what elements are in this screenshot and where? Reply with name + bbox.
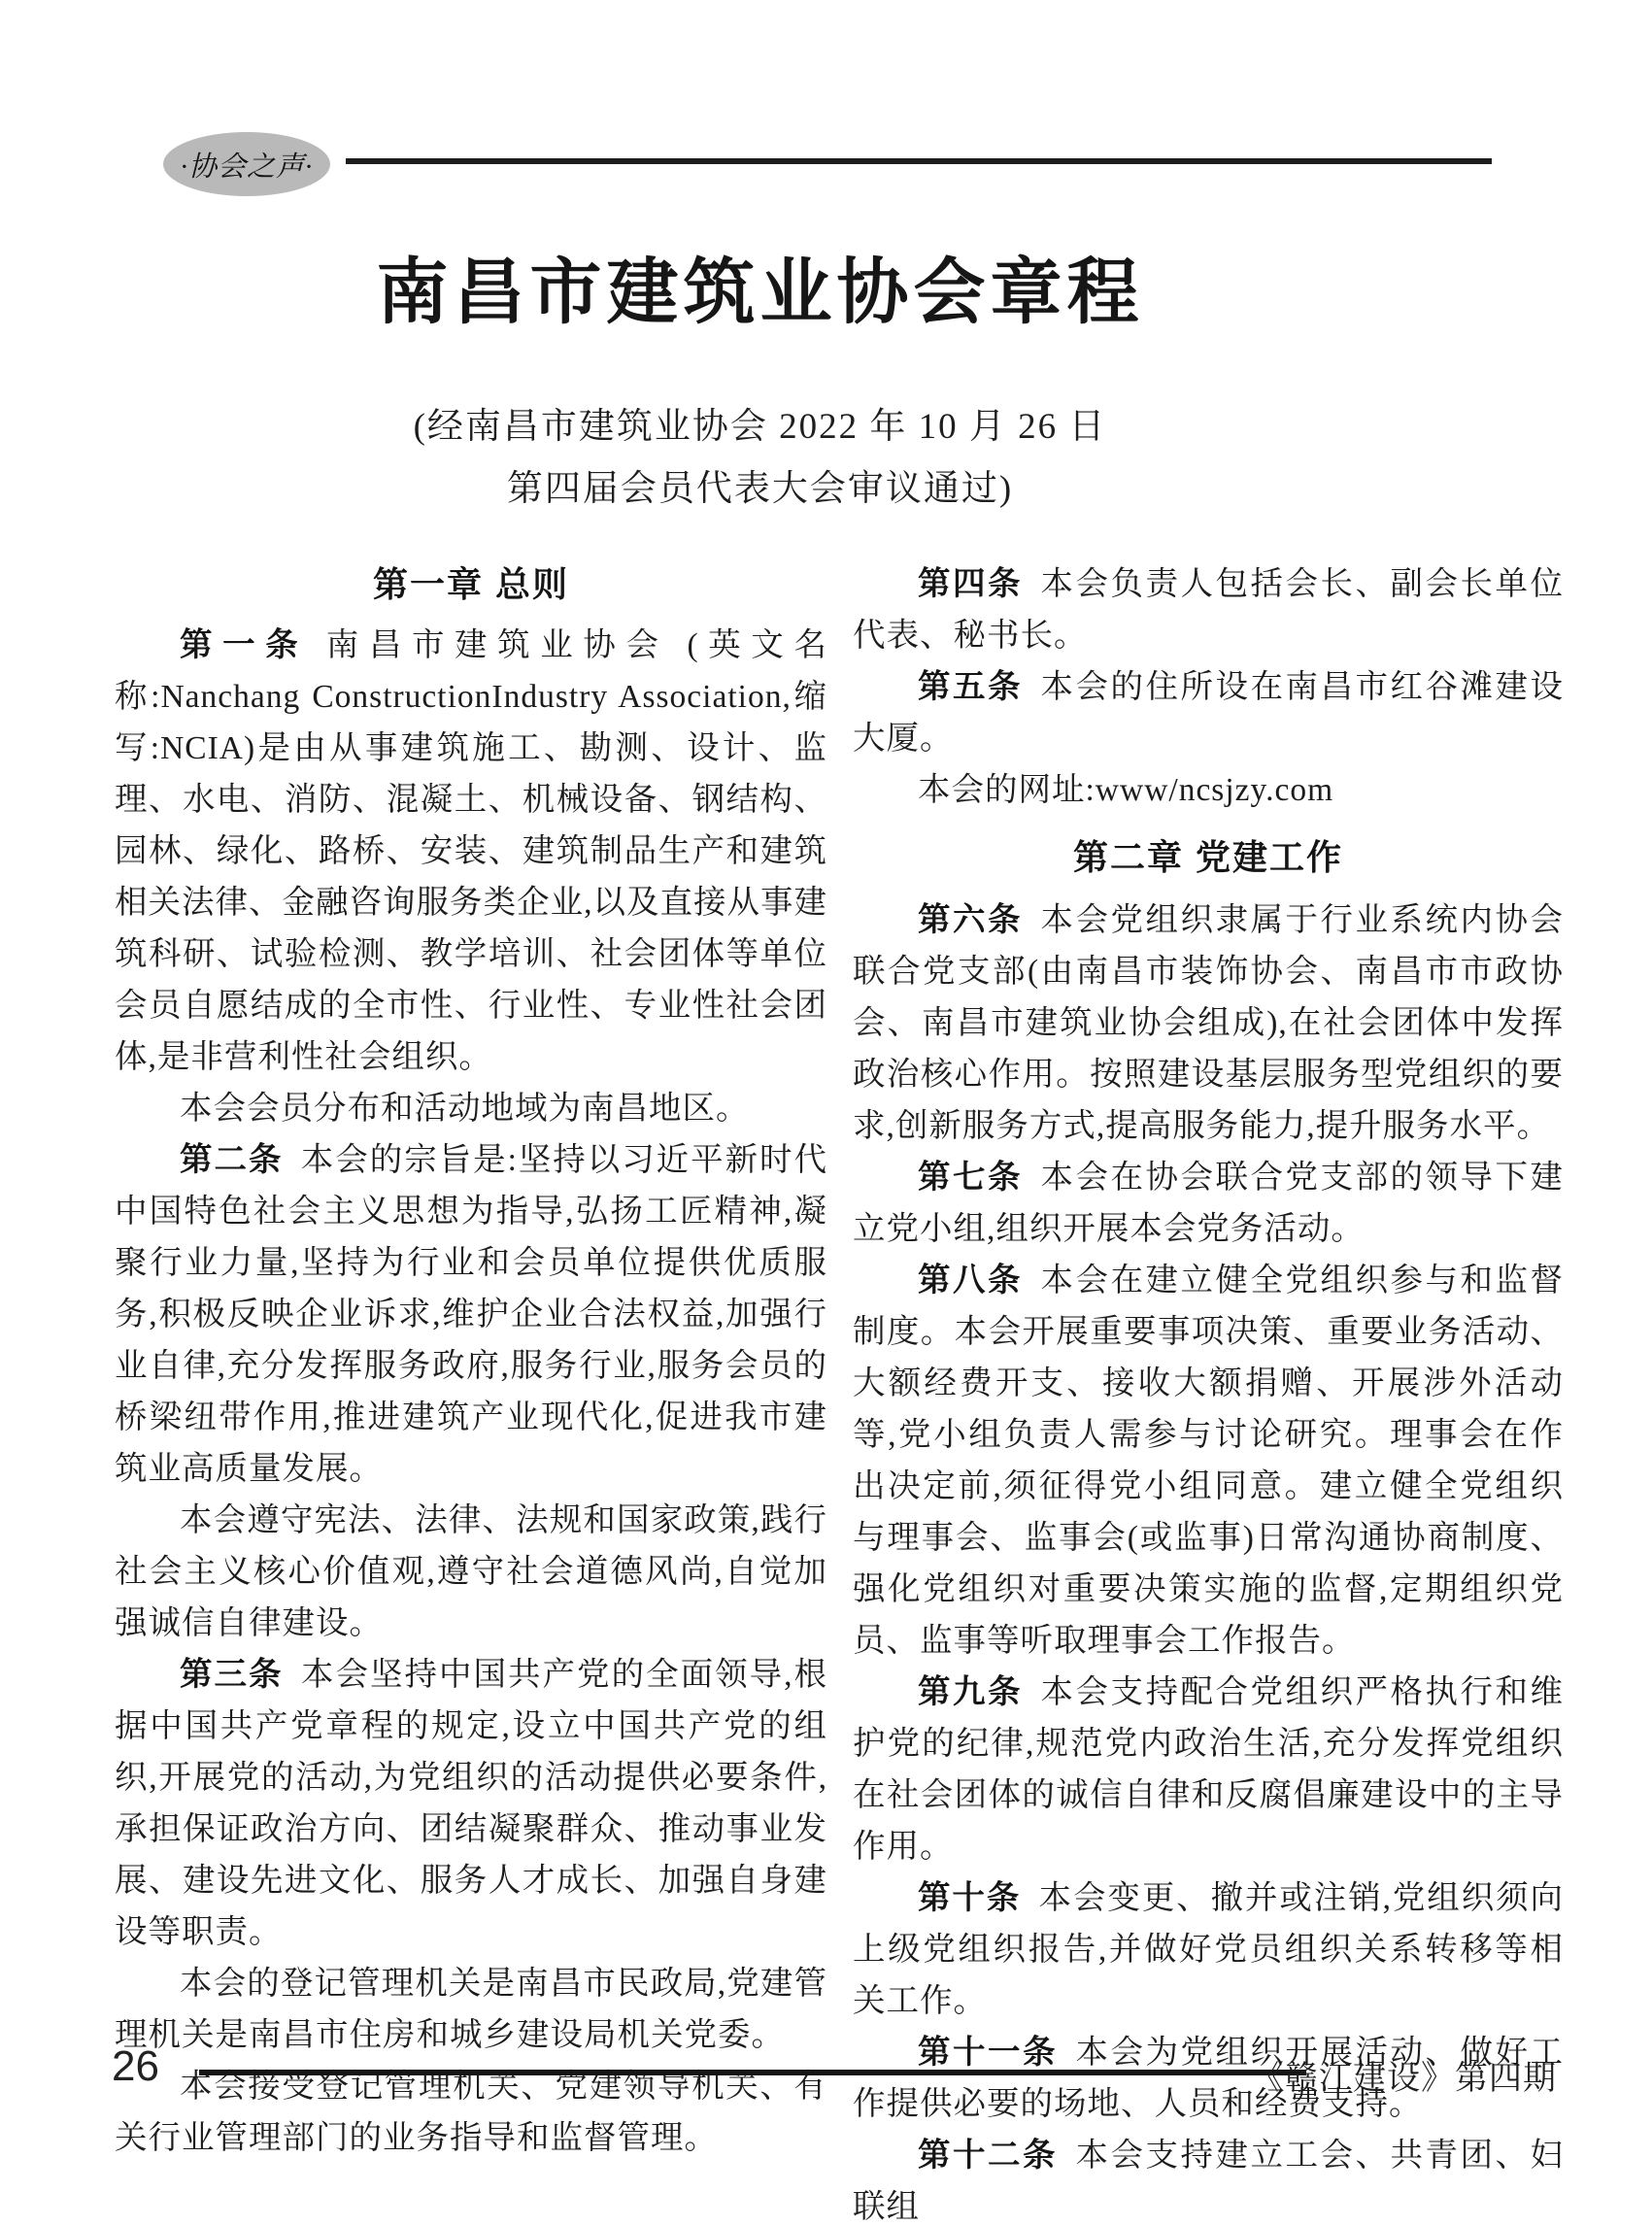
clause-11-number: 第十一条 [918, 2035, 1058, 2071]
clause-4: 第四条本会负责人包括会长、副会长单位代表、秘书长。 [853, 558, 1564, 661]
clause-8: 第八条本会在建立健全党组织参与和监督制度。本会开展重要事项决策、重要业务活动、大… [853, 1255, 1564, 1667]
right-column: 第四条本会负责人包括会长、副会长单位代表、秘书长。 第五条本会的住所设在南昌市红… [853, 558, 1564, 2225]
clause-6: 第六条本会党组织隶属于行业系统内协会联合党支部(由南昌市装饰协会、南昌市市政协会… [853, 894, 1564, 1152]
clause-text: 本会会员分布和活动地域为南昌地区。 [180, 1091, 750, 1127]
clause-6-text: 本会党组织隶属于行业系统内协会联合党支部(由南昌市装饰协会、南昌市市政协会、南昌… [853, 902, 1564, 1144]
clause-3-text: 本会坚持中国共产党的全面领导,根据中国共产党章程的规定,设立中国共产党的组织,开… [115, 1657, 827, 1950]
clause-10-number: 第十条 [918, 1880, 1021, 1916]
subtitle-line-2: 第四届会员代表大会审议通过) [112, 458, 1408, 521]
clause-10: 第十条本会变更、撤并或注销,党组织须向上级党组织报告,并做好党员组织关系转移等相… [853, 1872, 1564, 2027]
footer-rule [199, 2070, 1306, 2075]
website-line: 本会的网址:www/ncsjzy.com [853, 764, 1564, 816]
website-text: 本会的网址:www/ncsjzy.com [918, 772, 1333, 808]
chapter-1-heading: 第一章 总则 [115, 558, 827, 610]
clause-7: 第七条本会在协会联合党支部的领导下建立党小组,组织开展本会党务活动。 [853, 1152, 1564, 1255]
clause-8-number: 第八条 [918, 1263, 1023, 1298]
clause-8-text: 本会在建立健全党组织参与和监督制度。本会开展重要事项决策、重要业务活动、大额经费… [853, 1263, 1564, 1659]
clause-2-text: 本会的宗旨是:坚持以习近平新时代中国特色社会主义思想为指导,弘扬工匠精神,凝聚行… [115, 1142, 827, 1487]
left-column: 第一章 总则 第一条南昌市建筑业协会 (英文名称:Nanchang Constr… [115, 558, 827, 2164]
clause-4-number: 第四条 [918, 566, 1023, 602]
header-rule [346, 158, 1492, 164]
clause-12: 第十二条本会支持建立工会、共青团、妇联组 [853, 2130, 1564, 2225]
article-title: 南昌市建筑业协会章程 [112, 235, 1408, 338]
article-subtitle: (经南昌市建筑业协会 2022 年 10 月 26 日 第四届会员代表大会审议通… [112, 396, 1408, 521]
clause-12-number: 第十二条 [918, 2138, 1058, 2174]
clause-3-note-1: 本会的登记管理机关是南昌市民政局,党建管理机关是南昌市住房和城乡建设局机关党委。 [115, 1958, 827, 2061]
clause-3-note-2: 本会接受登记管理机关、党建领导机关、有关行业管理部门的业务指导和监督管理。 [115, 2061, 827, 2164]
clause-text: 本会遵守宪法、法律、法规和国家政策,践行社会主义核心价值观,遵守社会道德风尚,自… [115, 1502, 827, 1641]
clause-9-number: 第九条 [918, 1674, 1023, 1710]
section-badge-label: ·协会之声· [181, 145, 314, 185]
clause-5: 第五条本会的住所设在南昌市红谷滩建设大厦。 [853, 661, 1564, 764]
clause-text: 本会的登记管理机关是南昌市民政局,党建管理机关是南昌市住房和城乡建设局机关党委。 [115, 1966, 827, 2053]
clause-6-number: 第六条 [918, 902, 1023, 938]
clause-text: 本会接受登记管理机关、党建领导机关、有关行业管理部门的业务指导和监督管理。 [115, 2069, 827, 2156]
journal-issue-label: 《赣江建设》第四期 [1251, 2051, 1557, 2099]
clause-1-text: 南昌市建筑业协会 (英文名称:Nanchang ConstructionIndu… [115, 627, 827, 1075]
chapter-2-heading: 第二章 党建工作 [853, 831, 1564, 883]
clause-9: 第九条本会支持配合党组织严格执行和维护党的纪律,规范党内政治生活,充分发挥党组织… [853, 1667, 1564, 1872]
clause-1-number: 第一条 [180, 627, 308, 663]
clause-2-number: 第二条 [180, 1142, 283, 1178]
clause-3-number: 第三条 [180, 1657, 284, 1693]
clause-1-note: 本会会员分布和活动地域为南昌地区。 [115, 1083, 827, 1134]
section-badge: ·协会之声· [163, 132, 330, 196]
clause-2-note: 本会遵守宪法、法律、法规和国家政策,践行社会主义核心价值观,遵守社会道德风尚,自… [115, 1495, 827, 1649]
clause-1: 第一条南昌市建筑业协会 (英文名称:Nanchang ConstructionI… [115, 620, 827, 1083]
page-number: 26 [112, 2042, 159, 2091]
subtitle-line-1: (经南昌市建筑业协会 2022 年 10 月 26 日 [112, 396, 1408, 458]
clause-5-number: 第五条 [918, 669, 1023, 705]
clause-7-number: 第七条 [918, 1160, 1023, 1196]
magazine-page: ·协会之声· 南昌市建筑业协会章程 (经南昌市建筑业协会 2022 年 10 月… [0, 0, 1652, 2225]
clause-2: 第二条本会的宗旨是:坚持以习近平新时代中国特色社会主义思想为指导,弘扬工匠精神,… [115, 1134, 827, 1495]
clause-3: 第三条本会坚持中国共产党的全面领导,根据中国共产党章程的规定,设立中国共产党的组… [115, 1649, 827, 1958]
